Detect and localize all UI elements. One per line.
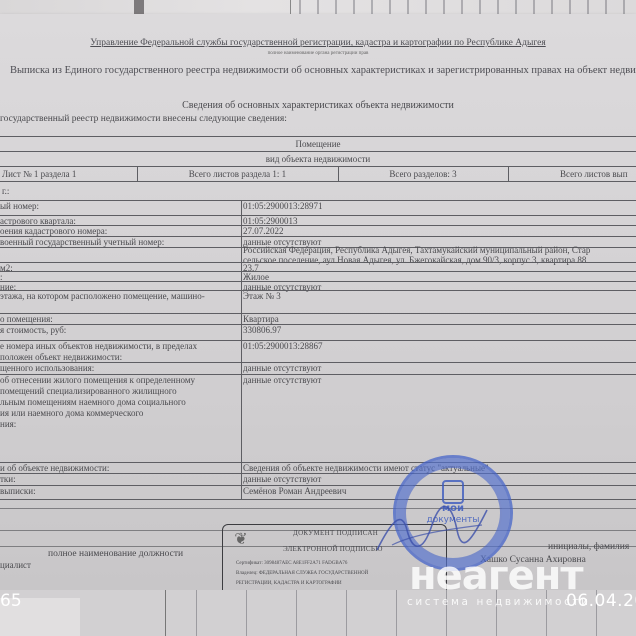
- intro-text: государственный реестр недвижимости внес…: [0, 114, 287, 124]
- watermark-logo: неагент: [409, 556, 583, 596]
- divider: [0, 151, 636, 152]
- divider: [241, 215, 242, 225]
- divider: [241, 262, 242, 271]
- row-value: данные отсутствуют: [243, 363, 321, 374]
- row-label: тки:: [0, 474, 16, 485]
- authority-caption: полное наименование органа регистрации п…: [0, 51, 636, 56]
- divider: [0, 215, 636, 216]
- divider: [241, 271, 242, 281]
- divider: [0, 262, 636, 263]
- divider: [0, 313, 636, 314]
- divider: [241, 485, 242, 499]
- photo-date-stamp: 06.04.20: [566, 591, 636, 611]
- divider: [0, 324, 636, 325]
- row-label: этажа, на котором расположено помещение,…: [0, 291, 205, 302]
- row-value: Этаж № 3: [243, 291, 281, 302]
- initials-caption: инициалы, фамилия: [548, 542, 629, 553]
- paper-edge: [134, 0, 144, 14]
- divider: [241, 200, 242, 215]
- object-type: Помещение: [0, 139, 636, 149]
- row-value: сельское поселение, аул Новая Адыгея, ул…: [243, 255, 586, 266]
- certificate-owner: РЕГИСТРАЦИИ, КАДАСТРА И КАРТОГРАФИИ: [236, 581, 342, 586]
- row-value: 01:05:2900013:28867: [243, 341, 323, 352]
- row-value: данные отсутствуют: [243, 474, 321, 485]
- divider: [241, 236, 242, 247]
- position-caption: полное наименование должности: [48, 549, 183, 560]
- divider: [241, 313, 242, 324]
- row-label: ния:: [0, 419, 16, 430]
- sheets-total: Всего листов вып: [560, 169, 628, 180]
- section-title: Сведения об основных характеристиках объ…: [0, 100, 636, 111]
- divider: [241, 473, 242, 485]
- divider: [241, 281, 242, 290]
- row-value: Семёнов Роман Андреевич: [243, 486, 346, 497]
- watermark-tagline: система недвижимости: [407, 596, 591, 608]
- sheets-in-section: Всего листов раздела 1: 1: [137, 169, 338, 179]
- row-label: ый номер:: [0, 201, 39, 212]
- row-value: 330806.97: [243, 325, 281, 336]
- sheet-number: Лист № 1 раздела 1: [2, 169, 76, 180]
- row-value: данные отсутствуют: [243, 375, 321, 386]
- position-value: циалист: [0, 560, 31, 571]
- date-label: г.:: [2, 186, 9, 197]
- divider: [0, 508, 636, 509]
- certificate-number: Сертификат: 3098487AEC A8E1FF2A71 FADGBA…: [236, 561, 347, 566]
- divider: [241, 290, 242, 313]
- row-label: я стоимость, руб:: [0, 325, 66, 336]
- row-label: об отнесении жилого помещения к определе…: [0, 375, 195, 386]
- registry-authority: Управление Федеральной службы государств…: [0, 38, 636, 48]
- divider: [241, 462, 242, 473]
- divider: [508, 166, 509, 181]
- photo-number: 65: [0, 591, 22, 611]
- divider: [241, 374, 242, 462]
- stamp-line: ЭЛЕКТРОННОЙ ПОДПИСЬЮ: [283, 545, 383, 553]
- divider: [241, 247, 242, 262]
- row-label: льным помещениям наемного дома социально…: [0, 397, 186, 408]
- divider: [241, 225, 242, 236]
- certificate-owner: Владелец: ФЕДЕРАЛЬНАЯ СЛУЖБА ГОСУДАРСТВЕ…: [236, 571, 368, 576]
- divider: [0, 136, 636, 137]
- row-label: щенного использования:: [0, 363, 94, 374]
- row-label: выписки:: [0, 486, 36, 497]
- stamp-line: ДОКУМЕНТ ПОДПИСАН: [293, 529, 378, 537]
- sections-total: Всего разделов: 3: [338, 169, 508, 179]
- eagle-emblem-icon: ❦: [231, 529, 251, 551]
- divider: [0, 271, 636, 272]
- row-value: 01:05:2900013:28971: [243, 201, 323, 212]
- divider: [241, 324, 242, 340]
- rotated-table-fragment: [290, 0, 636, 14]
- divider: [0, 499, 636, 500]
- row-label: е номера иных объектов недвижимости, в п…: [0, 341, 197, 352]
- extract-title: Выписка из Единого государственного реес…: [10, 65, 636, 76]
- row-label: ия или наемного дома коммерческого: [0, 408, 143, 419]
- divider: [241, 340, 242, 362]
- handwritten-signature-icon: [372, 500, 492, 560]
- divider: [241, 362, 242, 374]
- object-type-caption: вид объекта недвижимости: [0, 154, 636, 164]
- divider: [0, 166, 636, 167]
- row-label: помещений специализированного жилищного: [0, 386, 177, 397]
- divider: [0, 181, 636, 182]
